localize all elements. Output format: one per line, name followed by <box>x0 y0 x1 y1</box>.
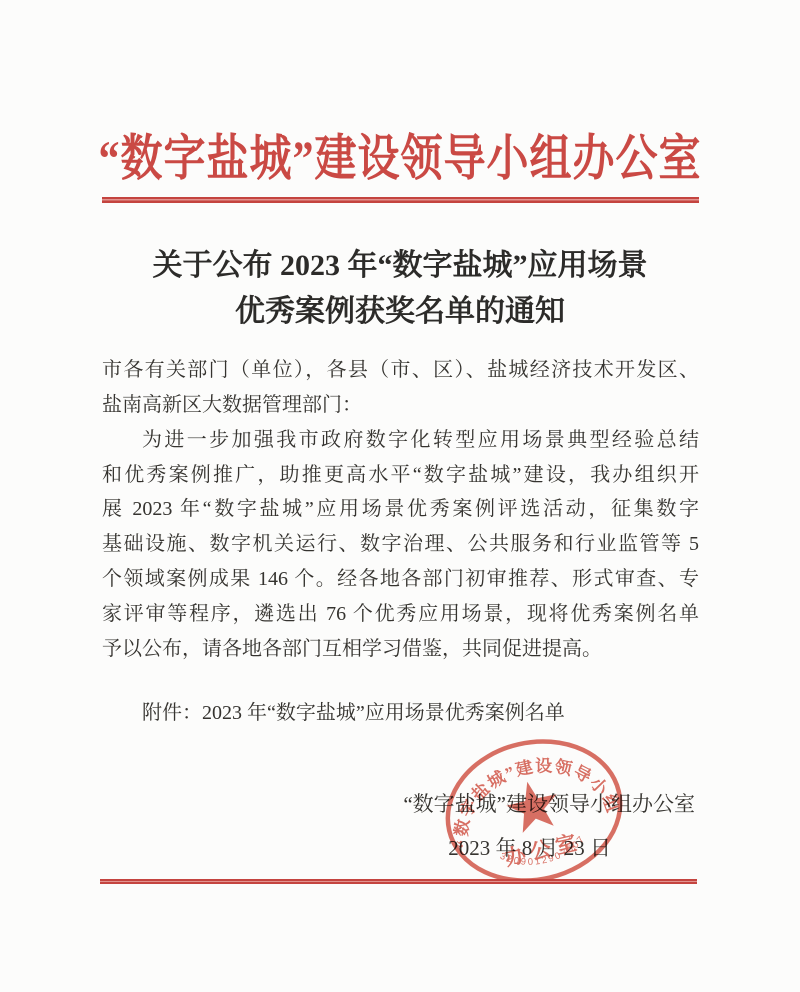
body-line: 予以公布，请各地各部门互相学习借鉴，共同促进提高。 <box>102 632 699 667</box>
body-line: 个领域案例成果 146 个。经各地各部门初审推荐、形式审查、专 <box>102 562 699 597</box>
letterhead-title: “数字盐城”建设领导小组办公室 <box>0 0 800 188</box>
body-line: 为进一步加强我市政府数字化转型应用场景典型经验总结 <box>102 423 699 458</box>
attachment-line: 附件：2023 年“数字盐城”应用场景优秀案例名单 <box>102 696 699 731</box>
body-line: 和优秀案例推广，助推更高水平“数字盐城”建设，我办组织开 <box>102 458 699 493</box>
star-icon <box>502 776 563 835</box>
doc-title: 关于公布 2023 年“数字盐城”应用场景 优秀案例获奖名单的通知 <box>0 243 800 335</box>
recipients-line-2: 盐南高新区大数据管理部门： <box>102 388 699 423</box>
recipients-line-1: 市各有关部门（单位），各县（市、区）、盐城经济技术开发区、 <box>102 353 699 388</box>
body-text: 市各有关部门（单位），各县（市、区）、盐城经济技术开发区、 盐南高新区大数据管理… <box>0 353 800 666</box>
body-line: 基础设施、数字机关运行、数字治理、公共服务和行业监管等 5 <box>102 527 699 562</box>
doc-title-line-2: 优秀案例获奖名单的通知 <box>0 289 800 335</box>
footer-rule <box>100 879 697 884</box>
letterhead-rule <box>102 197 699 203</box>
document-page: “数字盐城”建设领导小组办公室 关于公布 2023 年“数字盐城”应用场景 优秀… <box>0 0 800 992</box>
body-line: 展 2023 年“数字盐城”应用场景优秀案例评选活动，征集数字 <box>102 492 699 527</box>
body-line: 家评审等程序，遴选出 76 个优秀应用场景，现将优秀案例名单 <box>102 597 699 632</box>
doc-title-line-1: 关于公布 2023 年“数字盐城”应用场景 <box>0 243 800 289</box>
official-seal: “数字盐城”建设领导小组 办公室 3209012907607 <box>441 736 627 886</box>
